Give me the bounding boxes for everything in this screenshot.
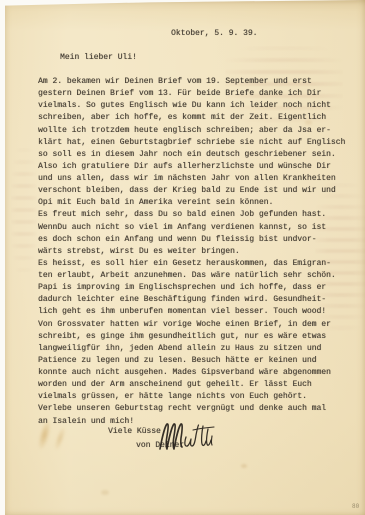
body-line: schreiben, aber ich hoffe, es kommt mit … (38, 112, 345, 124)
body-line: verschont bleiben, dass der Krieg bald z… (38, 185, 345, 197)
body-line: Verlebe unseren Geburtstag recht vergnüg… (38, 403, 345, 415)
signature-scrawl-icon (157, 420, 215, 454)
body-line: Opi mit Euch bald in Amerika vereint sei… (38, 197, 345, 209)
body-line: Am 2. bekamen wir Deinen Brief vom 19. S… (38, 76, 345, 88)
body-line: klärt hat, einen Geburtstagbrief schrieb… (38, 137, 345, 149)
letter-scan-paper: Oktober, 5. 9. 39. Mein lieber Uli! Am 2… (5, 0, 365, 515)
body-line: Also ich gratuliere Dir aufs allerherzli… (38, 161, 345, 173)
body-line: vielmals. So gutes Englisch wie Du kann … (38, 100, 345, 112)
ink-bleed-through-left-margin (11, 148, 37, 273)
body-line: lich geht es ihm unberufen momentan viel… (38, 306, 345, 318)
body-line: Papi is improving im Englischsprechen un… (38, 282, 345, 294)
body-line: Es freut mich sehr, dass Du so bald eine… (38, 209, 345, 221)
body-line: Von Grossvater hatten wir vorige Woche e… (38, 319, 345, 331)
salutation-line: Mein lieber Uli! (60, 53, 137, 62)
body-line: es doch schon ein Anfang und wenn Du fle… (38, 234, 345, 246)
body-line: und uns allen, dass wir im nächsten Jahr… (38, 173, 345, 185)
closing-viele-kuesse: Viele Küsse (108, 427, 161, 436)
date-line: Oktober, 5. 9. 39. (171, 29, 257, 38)
body-line: Es heisst, es soll hier ein Gesetz herau… (38, 258, 345, 270)
body-line: schreibt, es ginge ihm gesundheitlich gu… (38, 331, 345, 343)
body-line: WennDu auch nicht so viel im Anfang verd… (38, 222, 345, 234)
body-line: gestern Deinen Brief vom 13. Für beide B… (38, 88, 345, 100)
body-line: wärts strebst, wirst Du es weiter bringe… (38, 246, 345, 258)
body-line: langweiligfür ihn, jeden Abend allein zu… (38, 343, 345, 355)
foxing-spot (241, 464, 247, 468)
body-line: konnte auch nicht ausgehen. Mades Gipsve… (38, 367, 345, 379)
foxing-spot (101, 490, 109, 495)
page-number-mark: 80 (352, 503, 359, 510)
body-line: Patience zu legen und zu lesen. Besuch h… (38, 355, 345, 367)
handwritten-signature (157, 420, 215, 454)
body-line: wollte ich trotzdem heute englisch schre… (38, 125, 345, 137)
body-line: so soll es in diesem Jahr noch ein deuts… (38, 149, 345, 161)
body-line: dadurch leichter eine Beschäftigung find… (38, 294, 345, 306)
body-line: vielmals grüssen, er hätte lange nichts … (38, 391, 345, 403)
body-line: ten erlaubt, Arbeit anzunehmen. Das wäre… (38, 270, 345, 282)
body-line: worden und der Arm anscheinend gut gehei… (38, 379, 345, 391)
letter-body: Am 2. bekamen wir Deinen Brief vom 19. S… (38, 76, 345, 428)
